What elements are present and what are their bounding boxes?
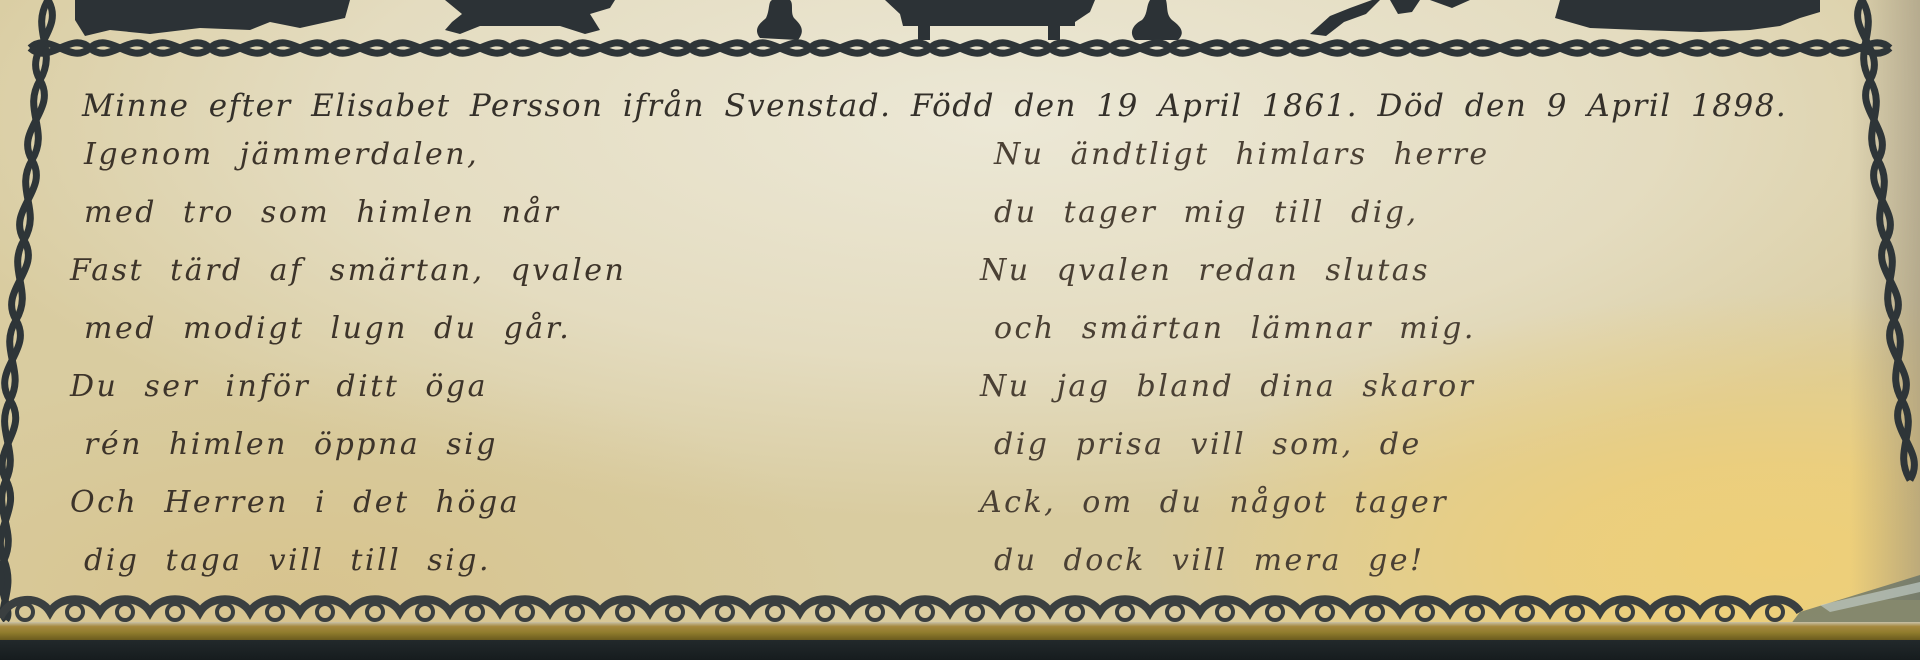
memorial-photo: Minne efter Elisabet Persson ifrån Svens…	[0, 0, 1920, 660]
verse-line: Fast tärd af smärtan, qvalen	[70, 242, 626, 300]
verse-line: Och Herren i det höga	[70, 474, 626, 532]
frame-base	[0, 640, 1920, 660]
verse-line: Nu jag bland dina skaror	[980, 358, 1490, 416]
stanza-left: Igenom jämmerdalen, med tro som himlen n…	[70, 126, 626, 590]
stanza-right: Nu ändtligt himlars herre du tager mig t…	[980, 126, 1490, 590]
verse-line: Nu qvalen redan slutas	[980, 242, 1490, 300]
verse-line: dig taga vill till sig.	[70, 532, 626, 590]
verse-line: Igenom jämmerdalen,	[70, 126, 626, 184]
verse-line: med tro som himlen når	[70, 184, 626, 242]
verse-line: med modigt lugn du går.	[70, 300, 626, 358]
verse-line: Nu ändtligt himlars herre	[980, 126, 1490, 184]
verse-line: dig prisa vill som, de	[980, 416, 1490, 474]
verse-line: du dock vill mera ge!	[980, 532, 1490, 590]
verse-line: och smärtan lämnar mig.	[980, 300, 1490, 358]
verse-line: rén himlen öppna sig	[70, 416, 626, 474]
paper-edge-shadow	[1850, 0, 1920, 600]
memorial-heading: Minne efter Elisabet Persson ifrån Svens…	[82, 88, 1787, 124]
verse-line: Du ser inför ditt öga	[70, 358, 626, 416]
verse-line: du tager mig till dig,	[980, 184, 1490, 242]
verse-line: Ack, om du något tager	[980, 474, 1490, 532]
gilded-frame-rail	[0, 622, 1920, 640]
